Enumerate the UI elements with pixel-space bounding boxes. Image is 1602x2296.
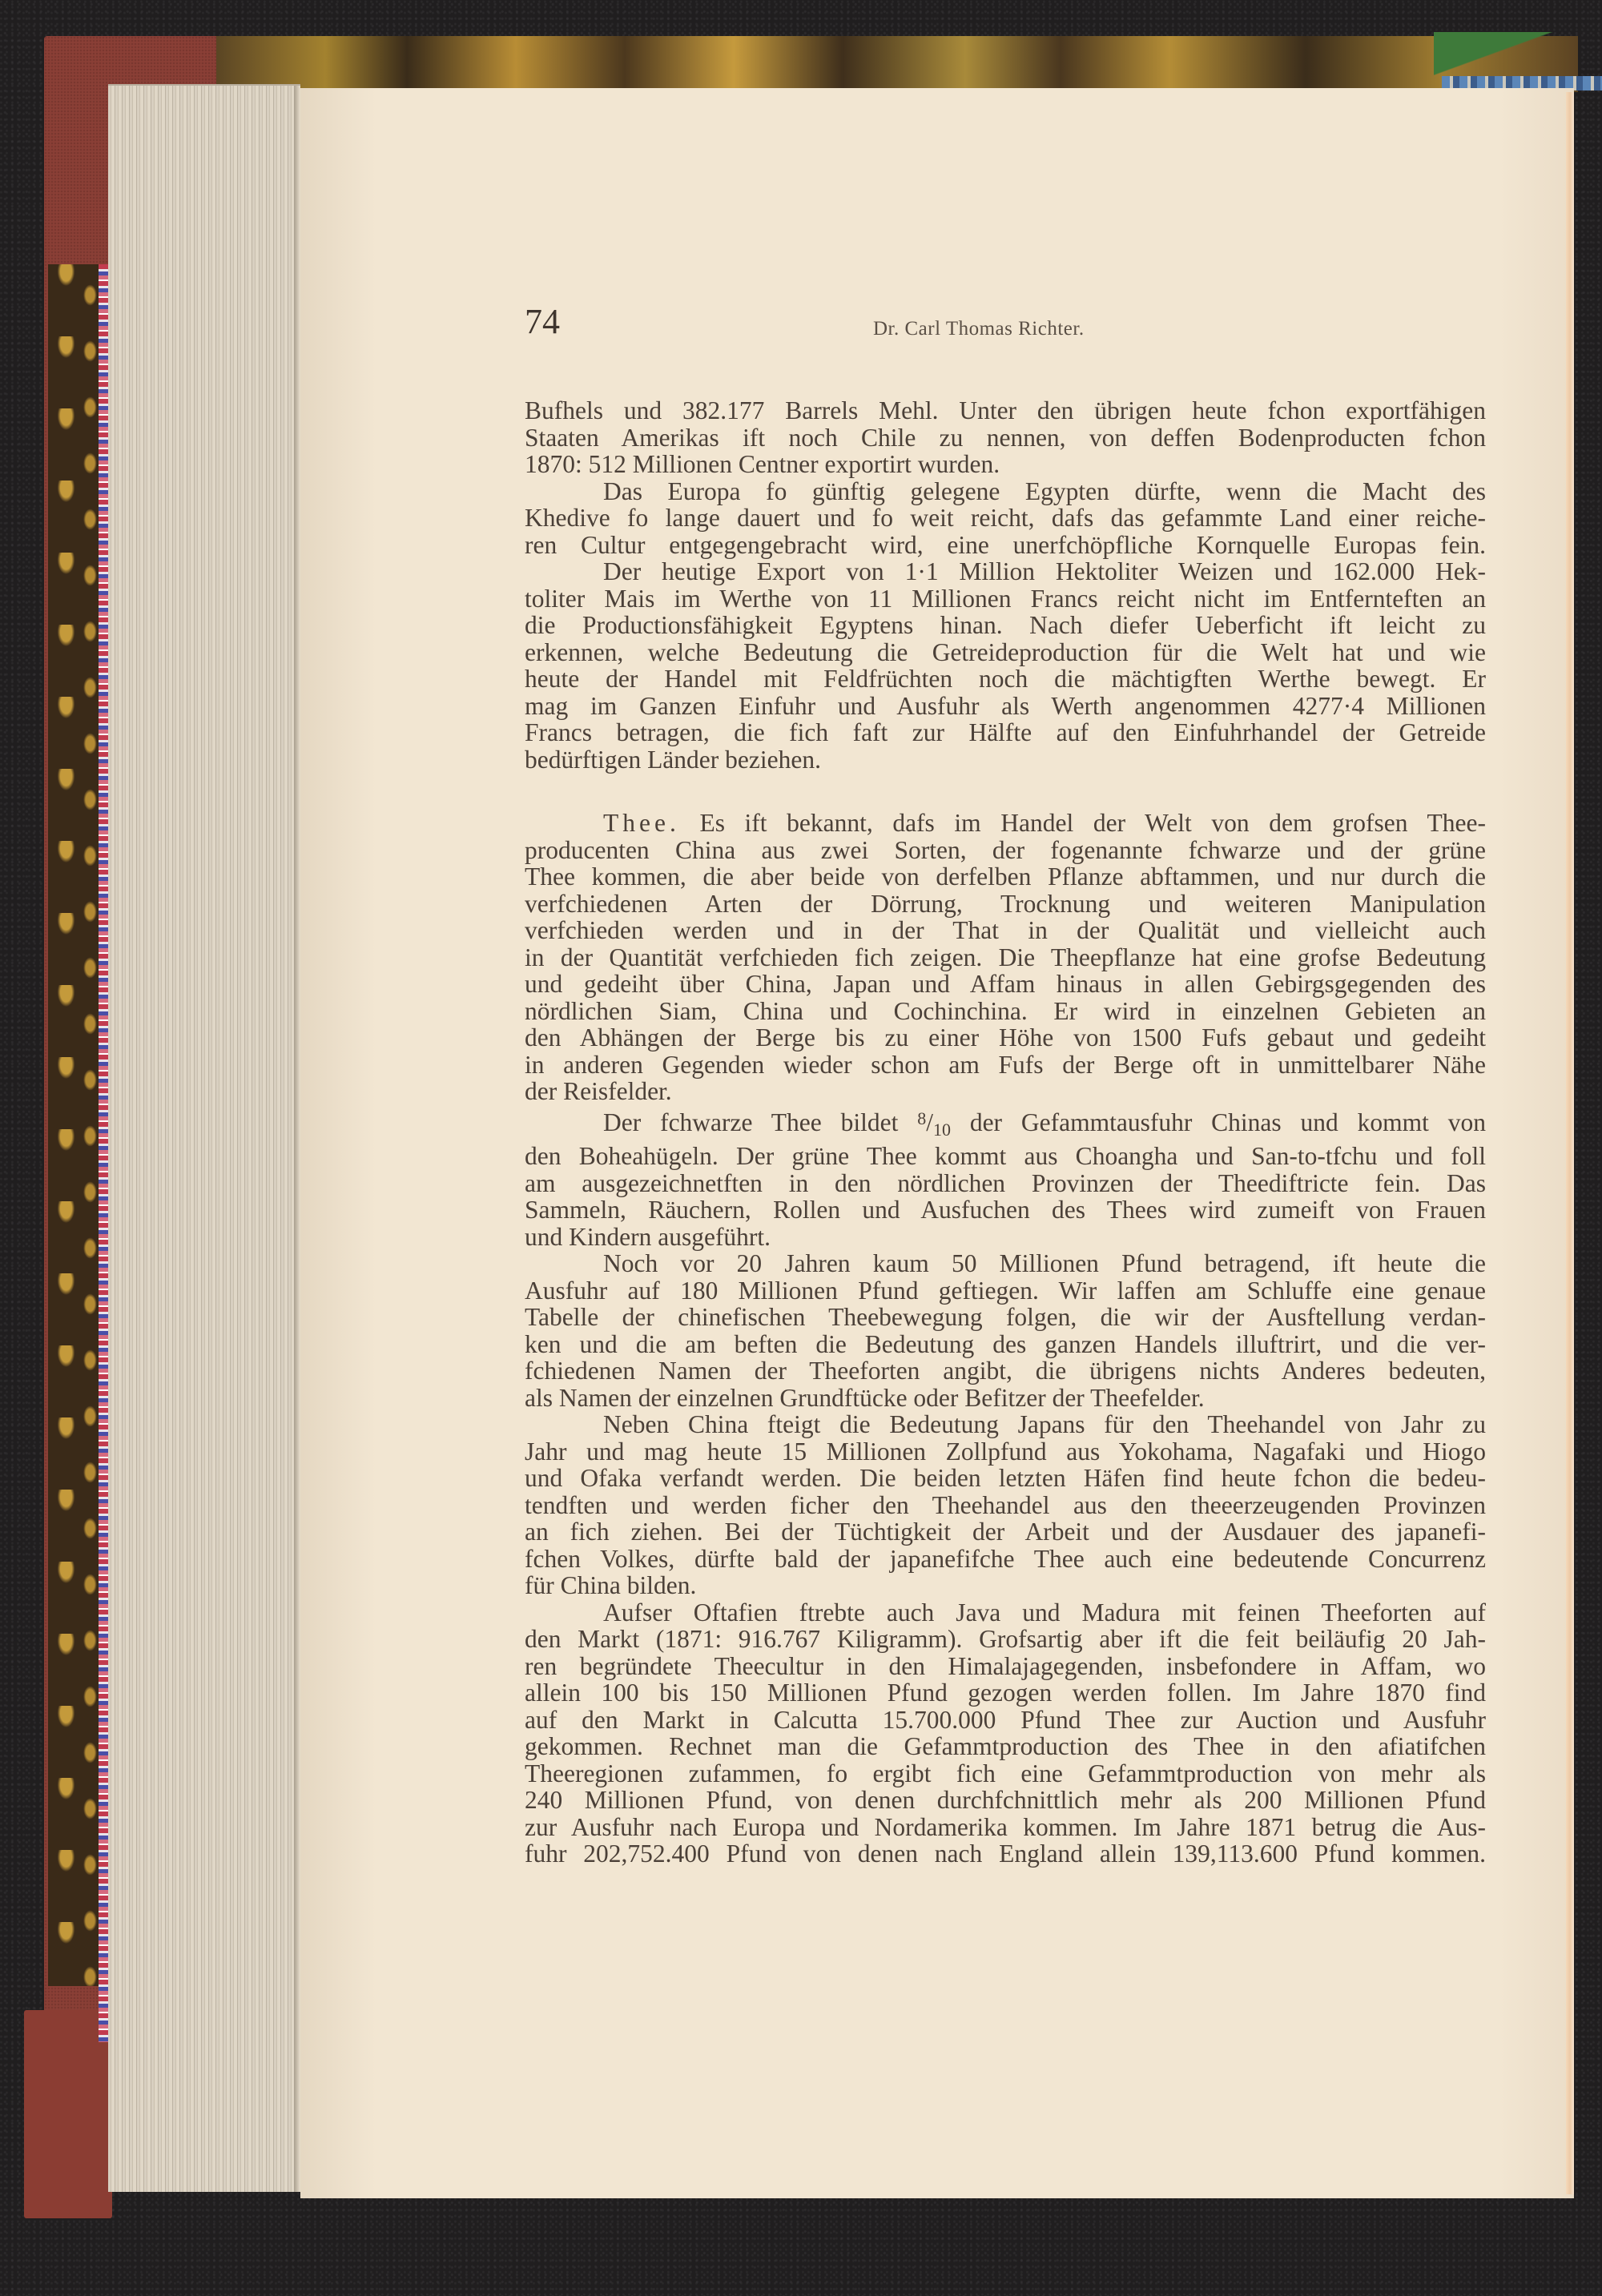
text-line: fuhr 202,752.400 Pfund von denen nach En…: [525, 1840, 1486, 1868]
text-line: ken und die am beften die Bedeutung des …: [525, 1331, 1486, 1358]
section-gap: [525, 773, 1486, 810]
text-line: 1870: 512 Millionen Centner exportirt wu…: [525, 451, 1486, 478]
text-line: toliter Mais im Werthe von 11 Millionen …: [525, 585, 1486, 613]
paragraph: Neben China fteigt die Bedeutung Japans …: [525, 1411, 1486, 1599]
text-line: zur Ausfuhr nach Europa und Nordamerika …: [525, 1814, 1486, 1841]
text-line: Noch vor 20 Jahren kaum 50 Millionen Pfu…: [525, 1250, 1486, 1277]
paragraph: Der fchwarze Thee bildet 8/10 der Gefamm…: [525, 1105, 1486, 1251]
text-line: auf den Markt in Calcutta 15.700.000 Pfu…: [525, 1707, 1486, 1734]
text-line: allein 100 bis 150 Millionen Pfund gezog…: [525, 1679, 1486, 1707]
text-line: fchen Volkes, dürfte bald der japanefifc…: [525, 1546, 1486, 1573]
paragraph: Das Europa fo günftig gelegene Egypten d…: [525, 478, 1486, 559]
text-line: verfchieden werden und in der That in de…: [525, 917, 1486, 944]
text-line: Der heutige Export von 1·1 Million Hekto…: [525, 558, 1486, 585]
running-title: Dr. Carl Thomas Richter.: [873, 316, 1085, 343]
text-line: in der Quantität verfchieden fich zeigen…: [525, 944, 1486, 971]
text-line: den Abhängen der Berge bis zu einer Höhe…: [525, 1024, 1486, 1051]
text-fragment: der Gefammtausfuhr Chinas und kommt von: [970, 1108, 1486, 1136]
text-line: Der fchwarze Thee bildet 8/10 der Gefamm…: [525, 1105, 1486, 1144]
fraction-denominator: 10: [933, 1120, 951, 1140]
page-number: 74: [525, 304, 560, 340]
text-fragment: Es ift bekannt, dafs im Handel der Welt …: [699, 809, 1486, 837]
text-line: nördlichen Siam, China und Cochinchina. …: [525, 998, 1486, 1025]
text-line: Khedive fo lange dauert und fo weit reic…: [525, 505, 1486, 532]
text-line: heute der Handel mit Feldfrüchten noch d…: [525, 665, 1486, 693]
text-line: Das Europa fo günftig gelegene Egypten d…: [525, 478, 1486, 505]
text-line: erkennen, welche Bedeutung die Getreidep…: [525, 639, 1486, 666]
text-line: ren begründete Theecultur in den Himalaj…: [525, 1653, 1486, 1680]
text-line: 240 Millionen Pfund, von denen durchfchn…: [525, 1787, 1486, 1814]
page-gutter-fold: [1566, 92, 1574, 2194]
text-line: mag im Ganzen Einfuhr und Ausfuhr als We…: [525, 693, 1486, 720]
text-line: gekommen. Rechnet man die Gefammtproduct…: [525, 1733, 1486, 1760]
paragraph-thee-section: Thee. Es ift bekannt, dafs im Handel der…: [525, 810, 1486, 1105]
text-line: producenten China aus zwei Sorten, der f…: [525, 837, 1486, 864]
text-line: Sammeln, Räuchern, Rollen und Ausfuchen …: [525, 1196, 1486, 1224]
text-fragment: Der fchwarze Thee bildet: [603, 1108, 898, 1136]
text-line: und gedeiht über China, Japan und Affam …: [525, 971, 1486, 998]
running-header: 74 Dr. Carl Thomas Richter.: [525, 304, 1486, 344]
text-line: Francs betragen, die fich faft zur Hälft…: [525, 719, 1486, 746]
text-line: tendften und werden ficher den Theehande…: [525, 1492, 1486, 1519]
paragraph: Noch vor 20 Jahren kaum 50 Millionen Pfu…: [525, 1250, 1486, 1411]
paragraph: Bufhels und 382.177 Barrels Mehl. Unter …: [525, 397, 1486, 478]
text-line: Bufhels und 382.177 Barrels Mehl. Unter …: [525, 397, 1486, 424]
text-line: Theeregionen zufammen, fo ergibt fich ei…: [525, 1760, 1486, 1787]
text-line: Neben China fteigt die Bedeutung Japans …: [525, 1411, 1486, 1438]
text-line: am ausgezeichnetften in den nördlichen P…: [525, 1170, 1486, 1197]
text-line: Ausfuhr auf 180 Millionen Pfund geftiege…: [525, 1277, 1486, 1305]
text-line: Thee. Es ift bekannt, dafs im Handel der…: [525, 810, 1486, 837]
fraction-numerator: 8: [917, 1108, 926, 1128]
text-line: fchiedenen Namen der Theeforten angibt, …: [525, 1357, 1486, 1385]
text-line: in anderen Gegenden wieder schon am Fufs…: [525, 1051, 1486, 1079]
text-line: Jahr und mag heute 15 Millionen Zollpfun…: [525, 1438, 1486, 1466]
text-line: an fich ziehen. Bei der Tüchtigkeit der …: [525, 1518, 1486, 1546]
page-edges-stack: [108, 84, 300, 2192]
paragraph: Aufser Oftafien ftrebte auch Java und Ma…: [525, 1599, 1486, 1868]
text-line: Aufser Oftafien ftrebte auch Java und Ma…: [525, 1599, 1486, 1627]
text-line: für China bilden.: [525, 1572, 1486, 1599]
text-line: bedürftigen Länder beziehen.: [525, 746, 1486, 774]
text-line: die Productionsfähigkeit Egyptens hinan.…: [525, 612, 1486, 639]
marbled-cover-top-edge: [216, 36, 1578, 92]
text-line: Thee kommen, die aber beide von derfelbe…: [525, 863, 1486, 891]
text-line: und Kindern ausgeführt.: [525, 1224, 1486, 1251]
page-text-block: 74 Dr. Carl Thomas Richter. Bufhels und …: [525, 304, 1486, 1868]
text-line: der Reisfelder.: [525, 1078, 1486, 1105]
text-line: als Namen der einzelnen Grundftücke oder…: [525, 1385, 1486, 1412]
text-line: und Ofaka verfandt werden. Die beiden le…: [525, 1465, 1486, 1492]
text-line: den Markt (1871: 916.767 Kiligramm). Gro…: [525, 1626, 1486, 1653]
section-heading: Thee.: [603, 809, 680, 837]
text-line: verfchiedenen Arten der Dörrung, Trocknu…: [525, 891, 1486, 918]
paragraph: Der heutige Export von 1·1 Million Hekto…: [525, 558, 1486, 773]
text-line: ren Cultur entgegengebracht wird, eine u…: [525, 532, 1486, 559]
text-line: Tabelle der chinefischen Theebewegung fo…: [525, 1304, 1486, 1331]
text-line: den Boheahügeln. Der grüne Thee kommt au…: [525, 1143, 1486, 1170]
text-line: Staaten Amerikas ift noch Chile zu nenne…: [525, 424, 1486, 452]
